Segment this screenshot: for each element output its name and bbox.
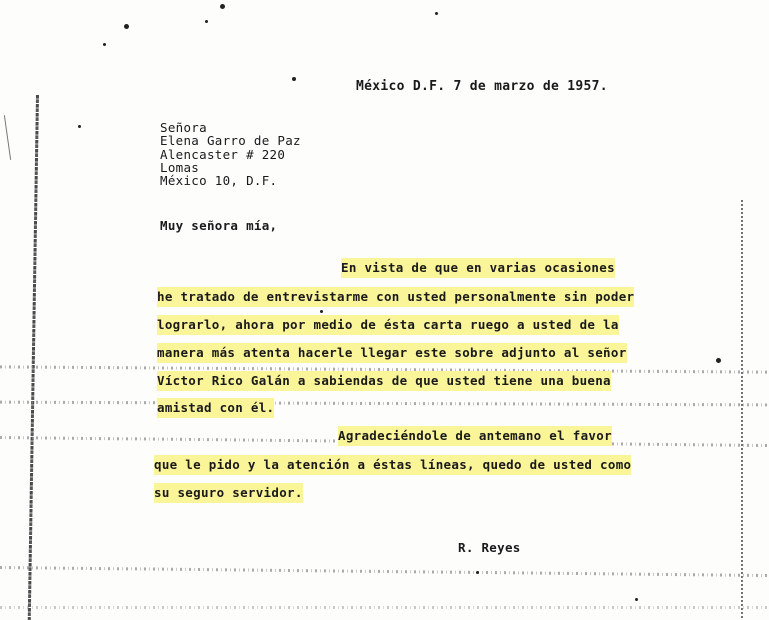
highlighted-line: he tratado de entrevistarme con usted pe… [157, 287, 634, 307]
highlighted-line: En vista de que en varias ocasiones [341, 258, 615, 278]
scan-speck [205, 20, 208, 23]
scan-speck [220, 4, 225, 9]
highlighted-line: Agradeciéndole de antemano el favor [338, 426, 612, 446]
recipient-line: México 10, D.F. [160, 175, 277, 187]
scan-speck [320, 310, 323, 313]
scanned-letter-page: México D.F. 7 de marzo de 1957. Señora E… [0, 0, 769, 620]
scan-speck [78, 125, 81, 128]
scan-margin-line-left [28, 95, 39, 620]
signature: R. Reyes [458, 541, 521, 555]
highlighted-line: manera más atenta hacerle llegar este so… [157, 343, 627, 363]
scan-speck [435, 12, 438, 15]
scan-speck [716, 358, 721, 363]
date-line: México D.F. 7 de marzo de 1957. [356, 80, 608, 94]
scan-streak [0, 566, 769, 577]
scan-speck [476, 571, 479, 574]
scan-streak [0, 606, 769, 609]
salutation: Muy señora mía, [160, 219, 277, 233]
recipient-line: Elena Garro de Paz [160, 135, 301, 147]
scan-speck [292, 77, 296, 81]
highlighted-line: Víctor Rico Galán a sabiendas de que ust… [157, 371, 611, 391]
scan-speck [635, 598, 638, 601]
scan-mark-left [4, 115, 11, 160]
highlighted-line: su seguro servidor. [154, 483, 303, 503]
scan-margin-line-right [741, 200, 743, 620]
scan-speck [103, 43, 106, 46]
scan-streak [0, 401, 769, 407]
highlighted-line: amistad con él. [157, 398, 274, 418]
highlighted-line: lograrlo, ahora por medio de ésta carta … [157, 315, 619, 335]
highlighted-line: que le pido y la atención a éstas líneas… [154, 455, 631, 475]
scan-speck [124, 24, 129, 29]
